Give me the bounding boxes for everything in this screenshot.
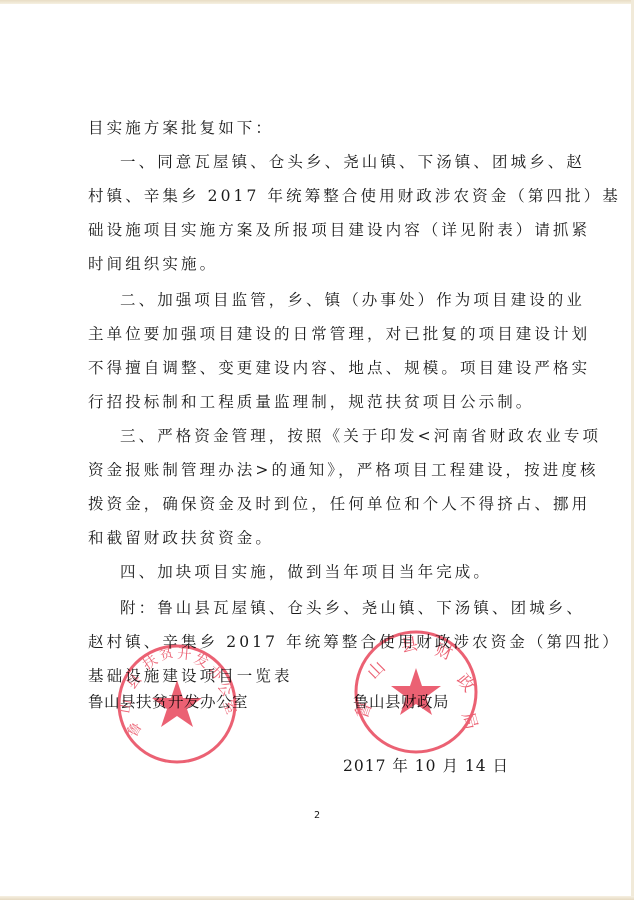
- item4-line: 四、加块项目实施，做到当年项目当年完成。: [120, 562, 588, 582]
- item1-line: 村镇、辛集乡 2017 年统筹整合使用财政涉农资金（第四批）基: [88, 186, 588, 206]
- official-seal-left-icon: 鲁 山 县 扶 贫 开 发 办 公 室: [115, 642, 239, 766]
- item3-line: 三、严格资金管理，按照《关于印发<河南省财政农业专项: [120, 426, 588, 446]
- svg-text:局: 局: [457, 710, 480, 732]
- intro-line: 目实施方案批复如下：: [88, 118, 588, 138]
- official-seal-right-icon: 鲁 山 县 财 政 局: [352, 628, 480, 756]
- svg-text:室: 室: [219, 698, 239, 717]
- attachment-line: 附：鲁山县瓦屋镇、仓头乡、尧山镇、下汤镇、团城乡、: [120, 598, 588, 618]
- item2-line: 行招投标制和工程质量监理制，规范扶贫项目公示制。: [88, 392, 588, 412]
- svg-text:扶: 扶: [140, 651, 161, 673]
- item3-line: 拨资金，确保资金及时到位，任何单位和个人不得挤占、挪用: [88, 494, 588, 514]
- svg-text:鲁: 鲁: [352, 699, 377, 722]
- svg-text:山: 山: [117, 698, 135, 715]
- page-number: 2: [314, 810, 320, 821]
- item1-line: 时间组织实施。: [88, 254, 588, 274]
- scan-edge-bottom: [0, 896, 634, 900]
- item3-line: 资金报账制管理办法>的通知》，严格项目工程建设，按进度核: [88, 460, 588, 480]
- scan-edge-top: [0, 0, 634, 4]
- item1-line: 础设施项目实施方案及所报项目建设内容（详见附表）请抓紧: [88, 220, 588, 240]
- item3-line: 和截留财政扶贫资金。: [88, 528, 588, 548]
- item2-line: 不得擅自调整、变更建设内容、地点、规模。项目建设严格实: [88, 358, 588, 378]
- svg-text:开: 开: [177, 646, 192, 663]
- item1-line: 一、同意瓦屋镇、仓头乡、尧山镇、下汤镇、团城乡、赵: [120, 152, 588, 172]
- document-date: 2017 年 10 月 14 日: [343, 754, 509, 776]
- svg-text:山: 山: [363, 657, 389, 683]
- item2-line: 主单位要加强项目建设的日常管理，对已批复的项目建设计划: [88, 324, 588, 344]
- item2-line: 二、加强项目监管，乡、镇（办事处）作为项目建设的业: [120, 290, 588, 310]
- svg-text:财: 财: [432, 640, 455, 665]
- svg-text:县: 县: [399, 634, 419, 657]
